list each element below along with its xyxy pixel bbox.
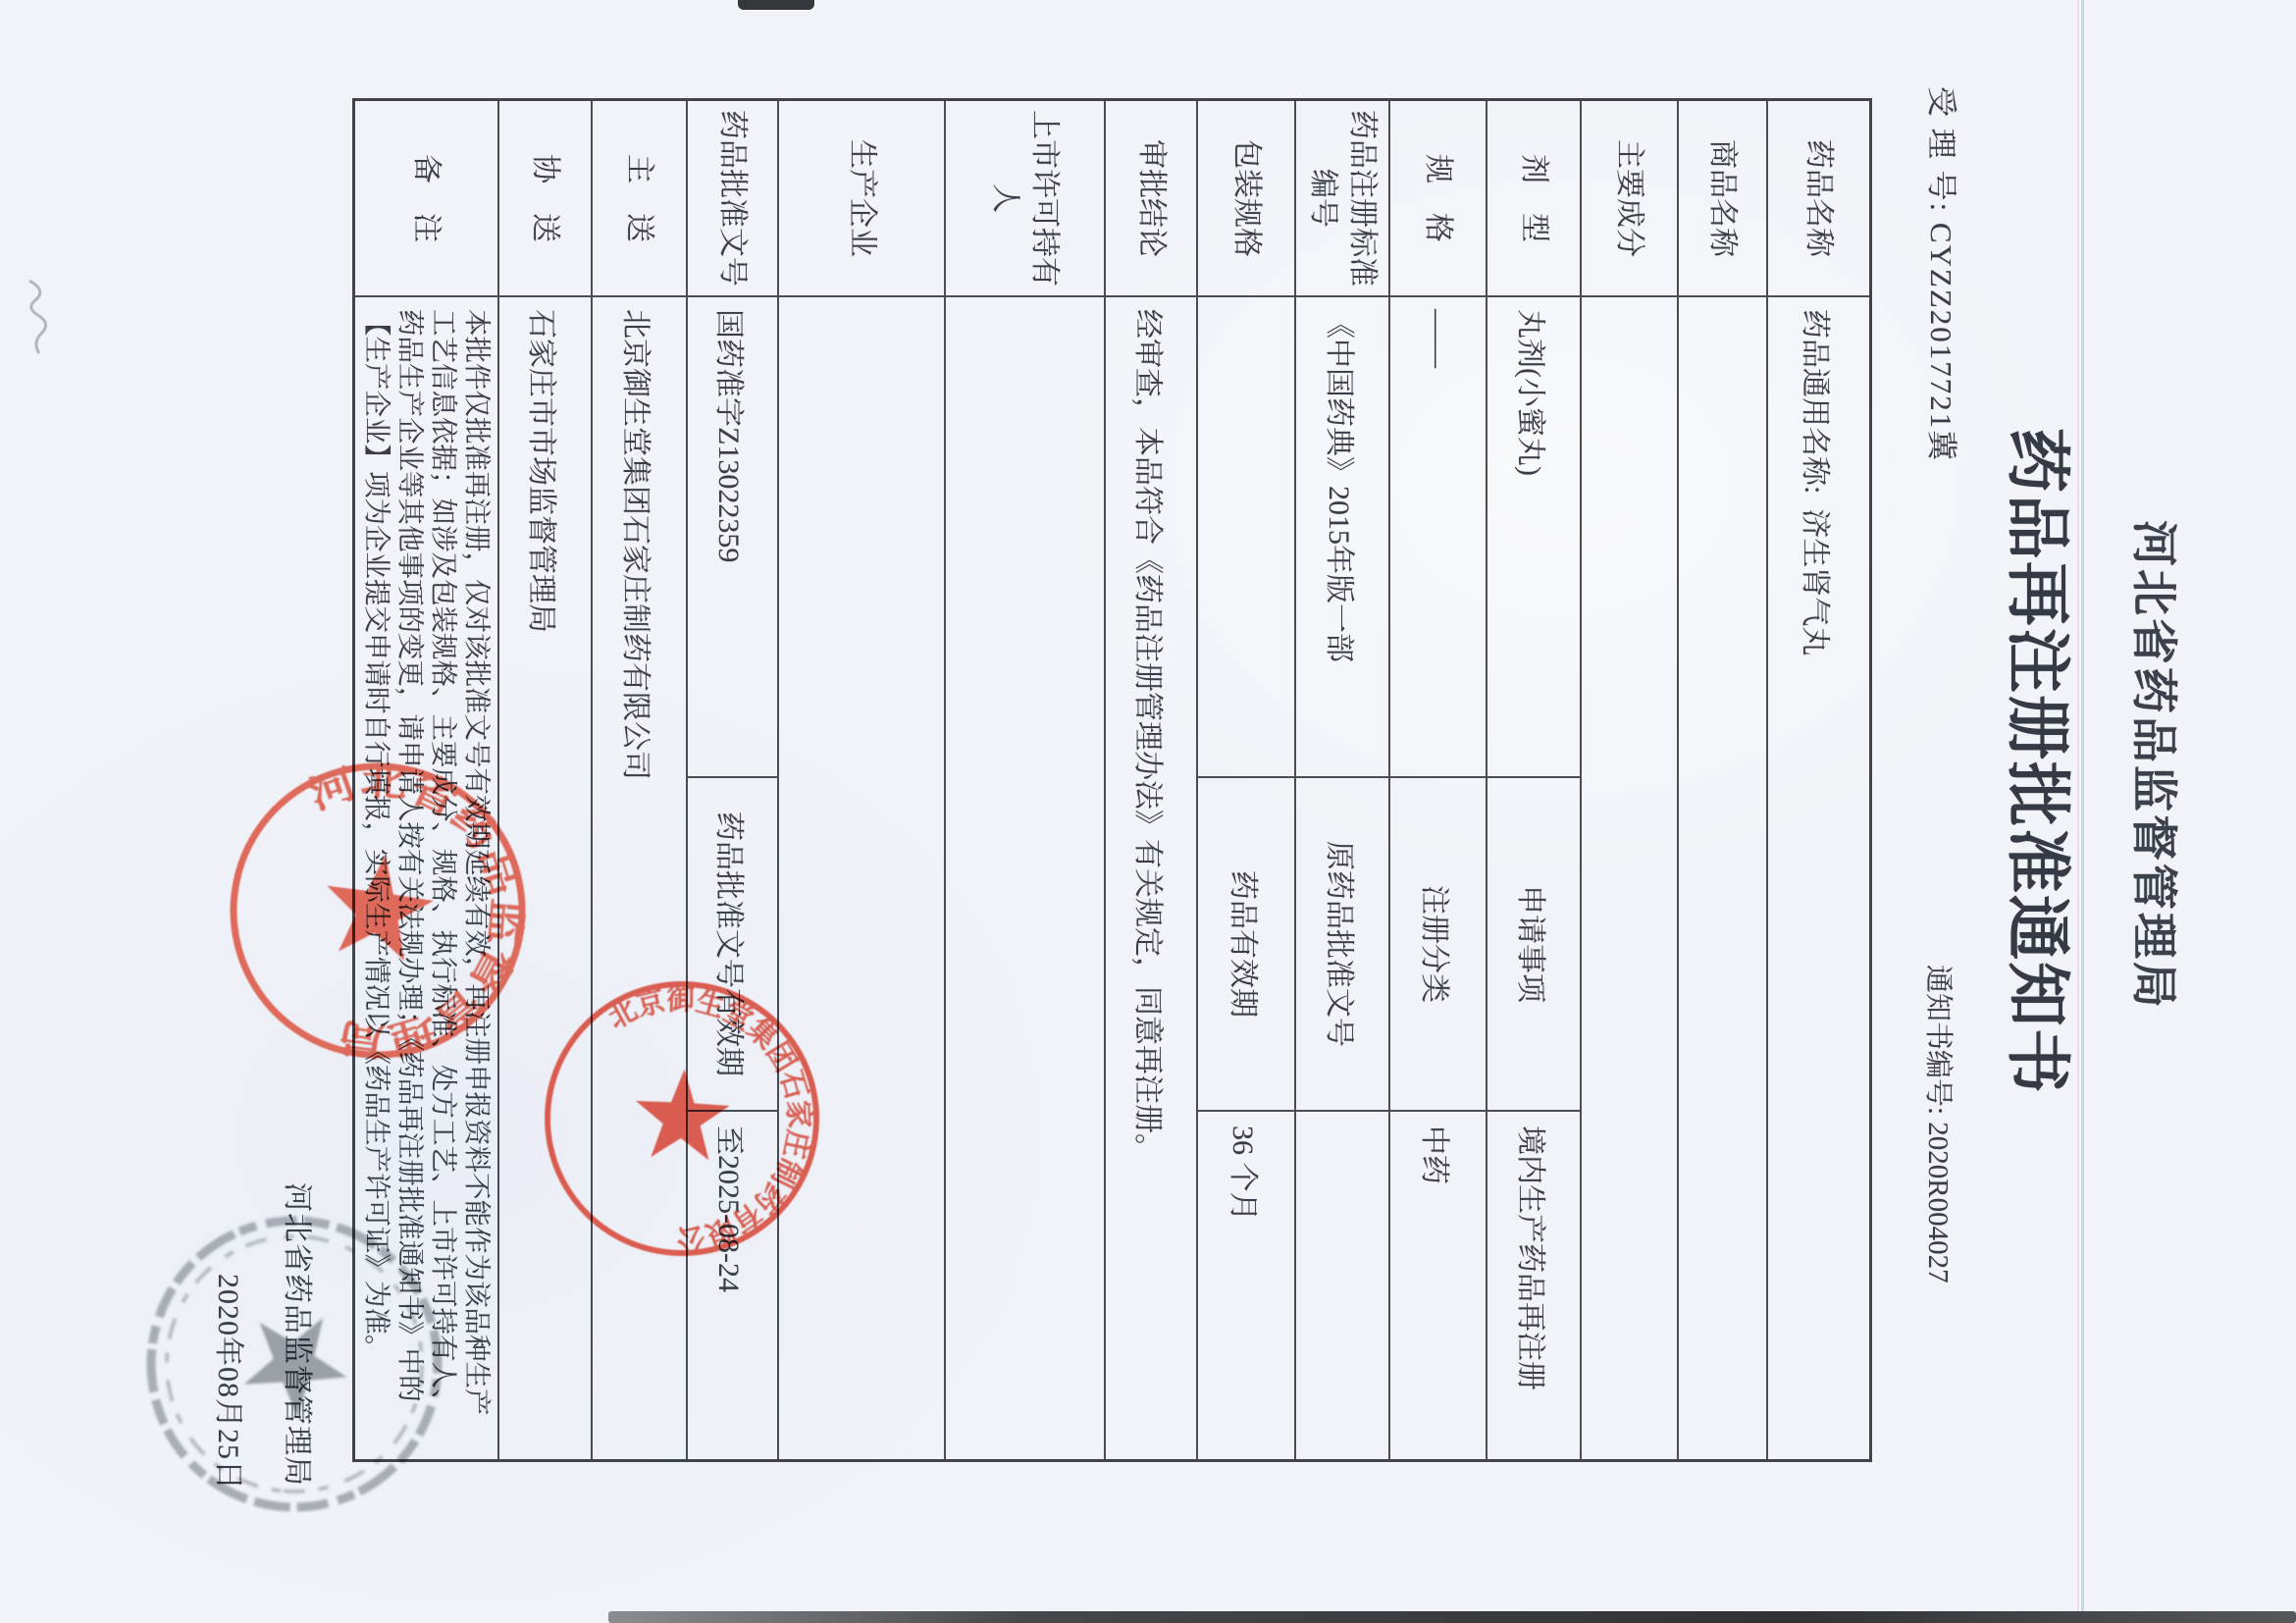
scan-edge-artifact-bottom [608,1611,2296,1623]
row-label: 商品名称 [1679,101,1766,297]
row-label-2: 原药品批准文号 [1296,778,1388,1112]
table-row-package-spec: 包装规格 药品有效期 36 个月 [1196,101,1294,1459]
row-label: 规 格 [1390,101,1486,297]
row-value: —— [1390,297,1486,778]
row-label: 上市许可持有人 [946,101,1104,297]
row-label: 包装规格 [1198,101,1294,297]
row-value: 丸剂(小蜜丸) [1487,297,1580,778]
row-value-2: 境内生产药品再注册 [1487,1112,1580,1459]
table-row-dosage-form: 剂 型 丸剂(小蜜丸) 申请事项 境内生产药品再注册 [1486,101,1580,1459]
row-label: 协 送 [499,101,591,297]
row-value: 药品通用名称: 济生肾气丸 [1768,297,1869,1459]
table-row-trade-name: 商品名称 [1677,101,1766,1459]
row-label: 审批结论 [1106,101,1196,297]
row-value-2 [1296,1112,1388,1459]
notice-number: 通知书编号: 2020R004027 [1920,965,1960,1283]
row-label: 备 注 [355,101,497,297]
row-label: 药品名称 [1768,101,1869,297]
table-row-manufacturer: 生产企业 名称: 地址: [777,101,944,1459]
authority-red-seal: 河北省药品监督管理局 [196,729,560,1093]
row-value-2: 36 个月 [1198,1112,1294,1459]
seal-star-icon [324,848,444,971]
row-value [1198,297,1294,778]
row-value [1679,297,1766,1459]
table-row-approval-conclusion: 审批结论 经审查，本品符合《药品注册管理办法》有关规定，同意再注册。 [1104,101,1196,1459]
row-value: 名称: 地址: [779,297,944,1459]
document-title: 药品再注册批准通知书 [1997,0,2090,1523]
table-row-license-holder: 上市许可持有人 名称: 北京御生堂集团石家庄制药有限公司 地址: 石家庄市鹿泉区… [944,101,1104,1459]
seal-star-icon [631,1061,742,1175]
row-label: 生产企业 [779,101,944,297]
row-value [1582,297,1677,1459]
faint-gray-seal [122,1191,467,1537]
row-label: 主要成分 [1582,101,1677,297]
fold-crease-tint [2077,0,2079,1623]
row-label: 药品注册标准编号 [1296,101,1388,297]
row-label-2: 申请事项 [1487,778,1580,1112]
row-value: 《中国药典》2015年版一部 [1296,297,1388,778]
row-label-2: 注册分类 [1390,778,1486,1112]
row-label: 药品批准文号 [688,101,777,297]
row-label-2: 药品有效期 [1198,778,1294,1112]
table-row-main-ingredients: 主要成分 [1580,101,1677,1459]
row-label: 主 送 [593,101,686,297]
scan-edge-artifact-top [738,0,814,10]
row-value: 国药准字Z13022359 [688,297,777,778]
acceptance-number: 受 理 号: CYZZ2017721冀 [1922,86,1966,462]
issuing-authority-title: 河北省药品监督管理局 [2124,0,2190,1531]
seal-star-icon [239,1303,359,1427]
scanned-page: { "document": { "authority": "河北省药品监督管理局… [0,0,2296,1623]
row-value: 经审查，本品符合《药品注册管理办法》有关规定，同意再注册。 [1106,297,1196,1459]
document-sheet: 河北省药品监督管理局 药品再注册批准通知书 受 理 号: CYZZ2017721… [0,0,2296,1623]
fold-crease-line [2081,0,2084,1623]
row-label: 剂 型 [1487,101,1580,297]
table-row-drug-name: 药品名称 药品通用名称: 济生肾气丸 [1766,101,1869,1459]
table-row-specification: 规 格 —— 注册分类 中药 [1388,101,1486,1459]
pencil-mark [10,275,69,363]
row-value-2: 中药 [1390,1112,1486,1459]
row-value: 名称: 北京御生堂集团石家庄制药有限公司 地址: 石家庄市鹿泉区南降壁开发区 [946,297,1104,1459]
table-row-standard-number: 药品注册标准编号 《中国药典》2015年版一部 原药品批准文号 [1294,101,1388,1459]
